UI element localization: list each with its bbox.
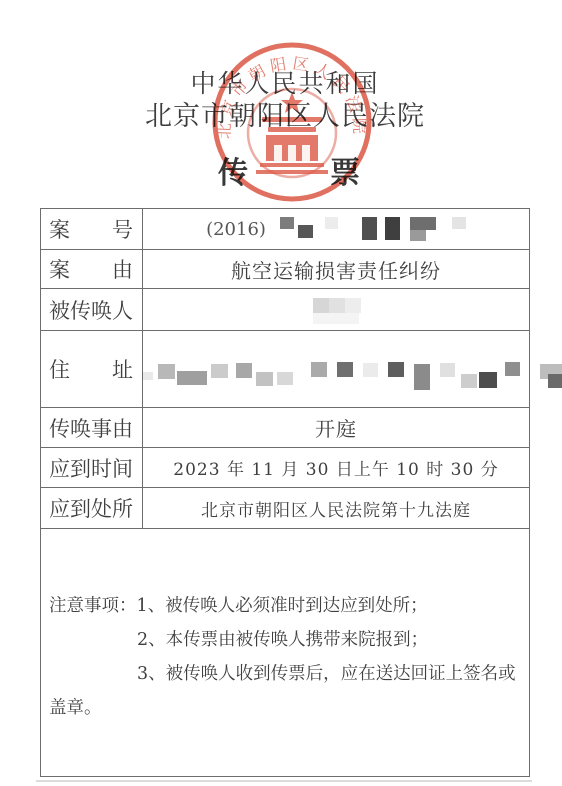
row-case-number: 案号 (2016) [41, 209, 529, 250]
doc-title-char-2: 票 [330, 148, 360, 192]
row-summons-reason: 传唤事由 开庭 [41, 408, 529, 448]
appearance-time-label: 应到时间 [49, 453, 133, 483]
row-summoned-person: 被传唤人 [41, 289, 529, 331]
row-cause-of-action: 案由 航空运输损害责任纠纷 [41, 250, 529, 289]
address-value-cell [143, 331, 562, 407]
redaction-block [211, 364, 228, 378]
redaction-block [158, 364, 175, 379]
appearance-time-label-cell: 应到时间 [41, 448, 143, 487]
appearance-place-label: 应到处所 [49, 493, 133, 523]
scan-edge-shadow [36, 780, 532, 782]
redaction-block [479, 372, 497, 388]
case-number-redaction-mosaic [272, 222, 466, 237]
redaction-block [143, 372, 153, 380]
redaction-block [337, 362, 353, 377]
summons-reason-label: 传唤事由 [49, 413, 133, 443]
summoned-person-value-cell [143, 289, 529, 330]
notes-item-1: 1、被传唤人必须准时到达应到处所； [137, 596, 428, 616]
redaction-block [363, 363, 378, 377]
notes-line-1: 注意事项：1、被传唤人必须准时到达应到处所； [49, 589, 523, 623]
redaction-block [256, 372, 273, 386]
redaction-block [461, 374, 477, 388]
summons-table: 案号 (2016) 案由 航空运输损害责任纠纷 被传唤人 住址 [40, 208, 530, 777]
redaction-block [329, 298, 345, 313]
cause-label: 案由 [49, 254, 133, 284]
summoned-person-redaction-mosaic [313, 302, 359, 317]
doc-title-char-1: 传 [218, 148, 248, 192]
summons-reason-value: 开庭 [143, 408, 529, 447]
notes-item-3: 3、被传唤人收到传票后，应在送达回证上签名或盖章。 [49, 657, 523, 725]
case-number-label-cell: 案号 [41, 209, 143, 249]
redaction-block [362, 217, 377, 240]
notes-item-2: 2、本传票由被传唤人携带来院报到； [49, 623, 523, 657]
redaction-block [548, 374, 562, 388]
address-label-cell: 住址 [41, 331, 143, 407]
notes-label: 注意事项： [49, 596, 137, 616]
address-label: 住址 [49, 354, 133, 384]
redaction-block [313, 313, 359, 324]
redaction-block [280, 217, 294, 229]
redaction-block [277, 372, 293, 385]
address-redaction-mosaic [143, 362, 562, 377]
document-title-summons: 传 票 [218, 148, 360, 192]
redaction-block [410, 230, 426, 241]
case-number-year: (2016) [206, 219, 266, 240]
redaction-block [388, 362, 404, 377]
redaction-block [311, 362, 327, 377]
row-appearance-time: 应到时间 2023 年 11 月 30 日上午 10 时 30 分 [41, 448, 529, 488]
redaction-block [298, 225, 313, 238]
summoned-person-label: 被传唤人 [49, 295, 133, 325]
redaction-block [385, 217, 400, 240]
redaction-block [345, 298, 361, 313]
court-name-title: 北京市朝阳区人民法院 [145, 94, 425, 133]
summons-reason-label-cell: 传唤事由 [41, 408, 143, 447]
redaction-block [452, 217, 466, 229]
summoned-person-label-cell: 被传唤人 [41, 289, 143, 330]
redaction-block [440, 363, 455, 377]
case-number-label: 案号 [49, 214, 133, 244]
appearance-place-value: 北京市朝阳区人民法院第十九法庭 [143, 488, 529, 528]
row-address: 住址 [41, 331, 529, 408]
redaction-block [236, 363, 252, 378]
notes-cell: 注意事项：1、被传唤人必须准时到达应到处所； 2、本传票由被传唤人携带来院报到；… [41, 529, 529, 776]
redaction-block [414, 364, 430, 390]
case-number-value-cell: (2016) [143, 209, 529, 249]
appearance-place-label-cell: 应到处所 [41, 488, 143, 528]
appearance-time-value: 2023 年 11 月 30 日上午 10 时 30 分 [143, 448, 529, 487]
redaction-block [325, 217, 338, 229]
cause-label-cell: 案由 [41, 250, 143, 288]
cause-value: 航空运输损害责任纠纷 [143, 250, 529, 288]
redaction-block [177, 371, 207, 385]
redaction-block [410, 217, 436, 230]
row-appearance-place: 应到处所 北京市朝阳区人民法院第十九法庭 [41, 488, 529, 529]
redaction-block [313, 298, 329, 313]
redaction-block [505, 362, 520, 376]
